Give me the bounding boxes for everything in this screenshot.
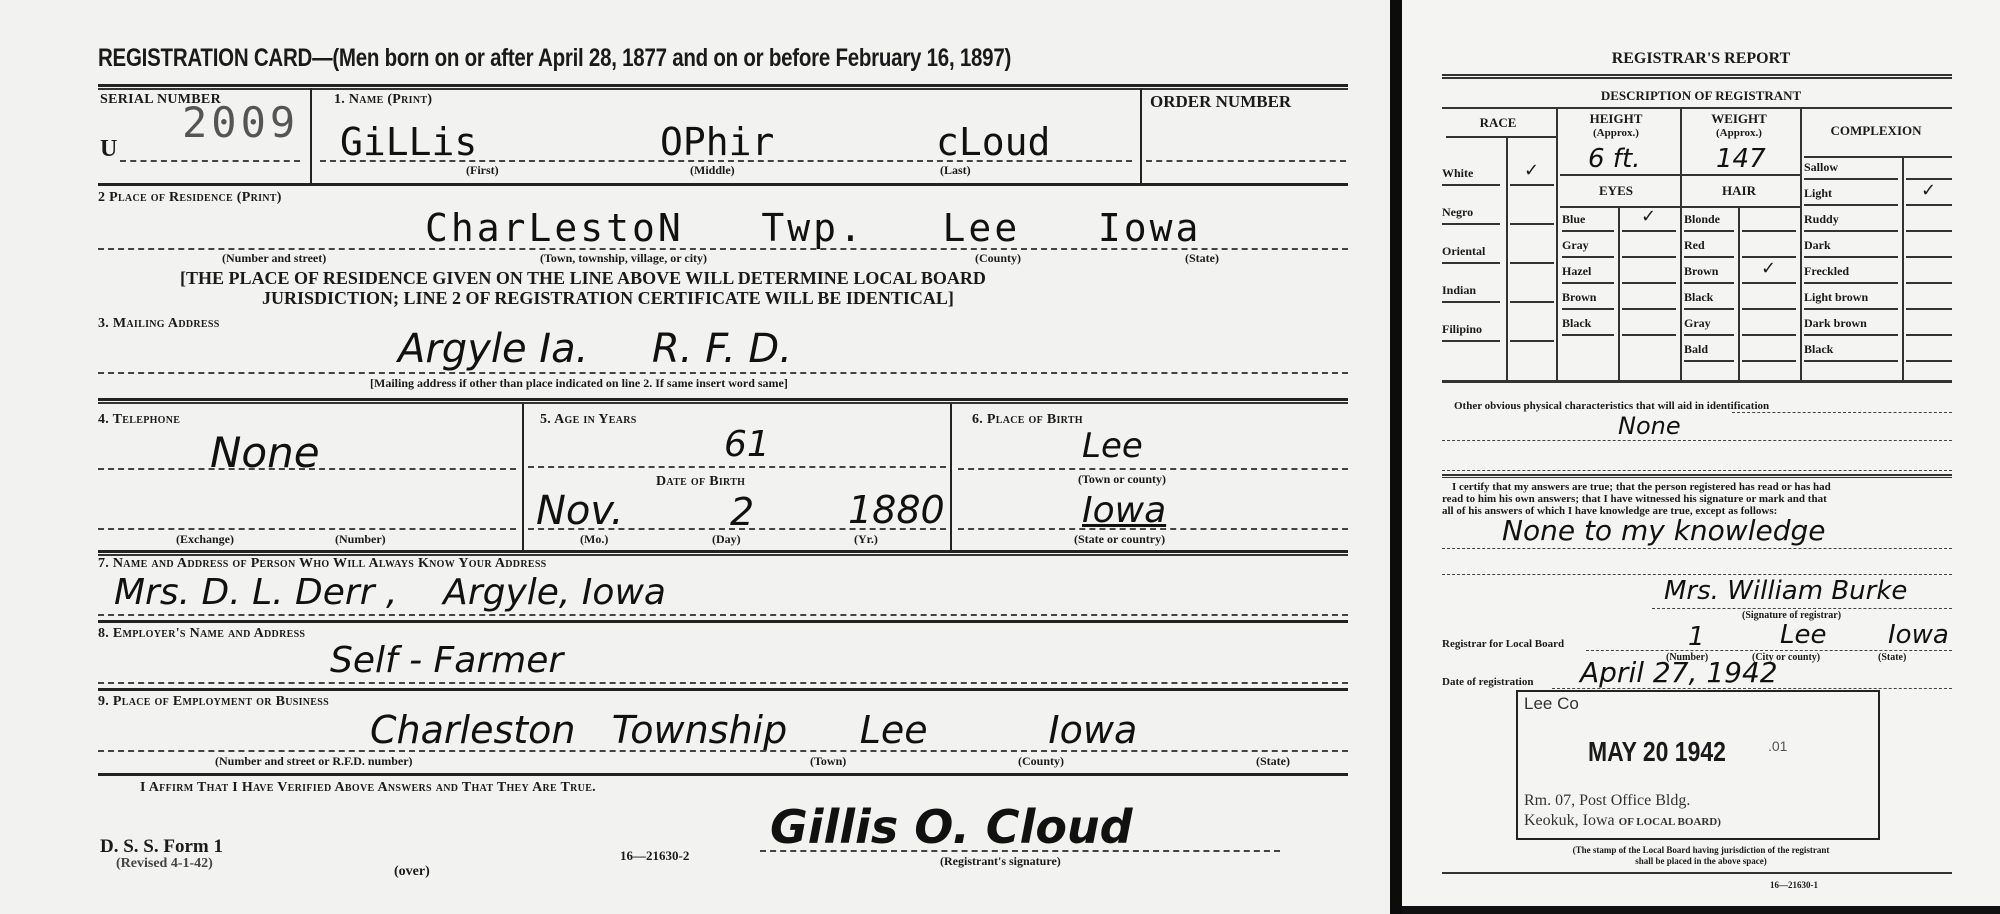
hair-header: HAIR xyxy=(1680,184,1798,198)
rule xyxy=(1804,156,1952,158)
certify-line-1: I certify that my answers are true; that… xyxy=(1452,481,1831,493)
stamp-note-1: (The stamp of the Local Board having jur… xyxy=(1402,845,2000,855)
name-line xyxy=(320,160,1132,162)
age-value: 61 xyxy=(724,424,770,465)
card-divider xyxy=(1390,0,1402,914)
rule xyxy=(1442,223,1500,225)
rule xyxy=(1510,184,1554,186)
residence-sublabel-state: (State) xyxy=(1185,251,1219,266)
birthplace-town: Lee xyxy=(1082,426,1143,466)
age-line xyxy=(528,466,946,468)
employment-sublabel-county: (County) xyxy=(1018,754,1064,769)
complexion-option-label: Dark xyxy=(1804,238,1831,253)
birthplace-label: 6. Place of Birth xyxy=(972,412,1083,428)
hair-option-label: Brown xyxy=(1684,264,1718,279)
employer-label: 8. Employer's Name and Address xyxy=(98,626,305,642)
complexion-option-label: Dark brown xyxy=(1804,316,1867,331)
rule xyxy=(1684,334,1734,336)
rule xyxy=(1622,230,1676,232)
rule xyxy=(1442,474,1952,478)
rule xyxy=(1804,282,1898,284)
divider xyxy=(1556,108,1558,380)
rule xyxy=(1684,282,1734,284)
divider xyxy=(1680,108,1682,380)
age-label: 5. Age in Years xyxy=(540,412,637,428)
over-note: (over) xyxy=(394,864,430,880)
rule xyxy=(1906,360,1952,362)
exchange-label: (Exchange) xyxy=(176,532,234,547)
eyes-option-label: Hazel xyxy=(1562,264,1591,279)
rule xyxy=(1622,256,1676,258)
form-revision: (Revised 4-1-42) xyxy=(116,856,213,872)
rule xyxy=(1446,136,1556,138)
hair-option-label: Red xyxy=(1684,238,1705,253)
registrant-signature: Gillis O. Cloud xyxy=(770,800,1133,854)
complexion-option-label: Light brown xyxy=(1804,290,1868,305)
affirmation: I Affirm That I Have Verified Above Answ… xyxy=(140,780,596,796)
eyes-option-label: Brown xyxy=(1562,290,1596,305)
mailing-label: 3. Mailing Address xyxy=(98,316,220,332)
rule xyxy=(98,183,1348,186)
complexion-option-label: Freckled xyxy=(1804,264,1849,279)
employment-line xyxy=(98,750,1348,752)
report-subtitle: DESCRIPTION OF REGISTRANT xyxy=(1402,88,2000,104)
height-header: HEIGHT (Approx.) xyxy=(1556,112,1676,140)
rule xyxy=(98,773,1348,776)
employment-sublabel-street: (Number and street or R.F.D. number) xyxy=(215,754,413,769)
number-label: (Number) xyxy=(335,532,386,547)
other-line-3 xyxy=(1442,470,1952,471)
divider xyxy=(1506,138,1508,380)
rule xyxy=(1442,184,1500,186)
divider xyxy=(1738,208,1740,380)
card-title: REGISTRATION CARD—(Men born on or after … xyxy=(98,44,1011,73)
birthplace-state-label: (State or country) xyxy=(1074,532,1165,547)
registrar-report-card: REGISTRAR'S REPORT DESCRIPTION OF REGIST… xyxy=(1402,0,2000,906)
rule xyxy=(1562,282,1614,284)
stamp-mark: .01 xyxy=(1768,738,1787,754)
residence-sublabel-county: (County) xyxy=(975,251,1021,266)
birthplace-state: Iowa xyxy=(1082,490,1166,531)
weight-value: 147 xyxy=(1716,144,1766,174)
dob-year: 1880 xyxy=(848,488,945,532)
rule xyxy=(1442,262,1500,264)
rule xyxy=(1742,282,1796,284)
divider xyxy=(1618,208,1620,380)
race-option-label: Negro xyxy=(1442,205,1473,220)
residence-line xyxy=(98,248,1348,250)
form-id: D. S. S. Form 1 xyxy=(100,836,223,858)
first-label: (First) xyxy=(466,163,499,178)
race-option-label: White xyxy=(1442,166,1473,181)
rule xyxy=(1804,178,1898,180)
hair-option-label: Gray xyxy=(1684,316,1711,331)
mailing-line xyxy=(98,372,1348,374)
order-line xyxy=(1146,160,1346,162)
complexion-option-label: Ruddy xyxy=(1804,212,1839,227)
registrar-signature-line xyxy=(1652,608,1952,609)
rule xyxy=(1510,301,1554,303)
rule xyxy=(1906,204,1952,206)
divider xyxy=(950,404,952,552)
registrar-signature: Mrs. William Burke xyxy=(1664,576,1907,606)
rule xyxy=(1906,256,1952,258)
residence-notice-1: [THE PLACE OF RESIDENCE GIVEN ON THE LIN… xyxy=(180,268,986,289)
signature-line xyxy=(760,850,1280,852)
exceptions-value: None to my knowledge xyxy=(1502,514,1825,547)
serial-prefix: U xyxy=(100,136,117,163)
residence-label: 2 Place of Residence (Print) xyxy=(98,190,282,206)
divider xyxy=(1800,108,1802,380)
weight-label: WEIGHT xyxy=(1680,112,1798,126)
race-option-label: Indian xyxy=(1442,283,1476,298)
rule xyxy=(1906,230,1952,232)
rule xyxy=(1742,334,1796,336)
local-board-line xyxy=(1586,650,1952,651)
year-label: (Yr.) xyxy=(854,532,878,547)
hair-checkbox: ✓ xyxy=(1761,258,1776,279)
rule xyxy=(1742,230,1796,232)
complexion-checkbox: ✓ xyxy=(1921,180,1936,201)
race-checkbox: ✓ xyxy=(1524,160,1539,181)
residence-sublabel-street: (Number and street) xyxy=(222,251,326,266)
rule xyxy=(1510,262,1554,264)
stamp-note-2: shall be placed in the above space) xyxy=(1402,856,2000,866)
rule xyxy=(1510,340,1554,342)
exceptions-line-2 xyxy=(1442,574,1952,575)
rule xyxy=(1684,230,1734,232)
rule xyxy=(1906,308,1952,310)
mailing-sublabel: [Mailing address if other than place ind… xyxy=(370,376,788,391)
eyes-header: EYES xyxy=(1556,184,1676,198)
certify-line-2: read to him his own answers; that I have… xyxy=(1442,493,1827,505)
contact-label: 7. Name and Address of Person Who Will A… xyxy=(98,556,547,572)
rule xyxy=(1442,74,1952,79)
local-board-sublabel-state: (State) xyxy=(1878,652,1906,663)
last-name: cLoud xyxy=(936,120,1050,164)
race-option-label: Filipino xyxy=(1442,322,1482,337)
stamp-suffix: OF LOCAL BOARD) xyxy=(1619,816,1721,828)
registration-date-value: April 27, 1942 xyxy=(1580,656,1778,689)
dob-label: Date of Birth xyxy=(656,474,745,490)
rule xyxy=(1442,872,1952,874)
hair-option-label: Bald xyxy=(1684,342,1708,357)
card-edge xyxy=(1402,906,2000,914)
rule xyxy=(1562,256,1614,258)
telephone-label: 4. Telephone xyxy=(98,412,180,428)
stamp-address-2: Keokuk, Iowa OF LOCAL BOARD) xyxy=(1524,812,1721,830)
hair-option-label: Black xyxy=(1684,290,1713,305)
rule xyxy=(1804,308,1898,310)
local-board-number: 1 xyxy=(1688,622,1705,652)
stamp-date: MAY 20 1942 xyxy=(1588,736,1726,768)
divider xyxy=(1902,158,1904,380)
rule xyxy=(1442,301,1500,303)
rule xyxy=(1804,360,1898,362)
rule xyxy=(1622,308,1676,310)
rule xyxy=(1442,340,1500,342)
report-title: REGISTRAR'S REPORT xyxy=(1402,50,2000,68)
eyes-option-label: Blue xyxy=(1562,212,1585,227)
race-option-label: Oriental xyxy=(1442,244,1485,259)
rule xyxy=(1510,223,1554,225)
telephone-line xyxy=(98,468,516,470)
race-header: RACE xyxy=(1442,116,1554,130)
birthplace-line xyxy=(958,468,1348,470)
employment-sublabel-state: (State) xyxy=(1256,754,1290,769)
height-value: 6 ft. xyxy=(1588,144,1640,174)
rule xyxy=(1804,256,1898,258)
weight-sublabel: (Approx.) xyxy=(1680,126,1798,140)
residence-sublabel-town: (Town, township, village, or city) xyxy=(540,251,707,266)
weight-header: WEIGHT (Approx.) xyxy=(1680,112,1798,140)
stamp-address-1: Rm. 07, Post Office Bldg. xyxy=(1524,792,1690,810)
rule xyxy=(1742,308,1796,310)
rule xyxy=(1562,334,1614,336)
complexion-option-label: Sallow xyxy=(1804,160,1838,175)
employment-place-label: 9. Place of Employment or Business xyxy=(98,694,329,710)
day-label: (Day) xyxy=(712,532,741,547)
residence-notice-2: JURISDICTION; LINE 2 OF REGISTRATION CER… xyxy=(262,288,954,309)
complexion-option-label: Black xyxy=(1804,342,1833,357)
name-label: 1. Name (Print) xyxy=(334,92,432,108)
contact-line xyxy=(98,614,1348,616)
middle-label: (Middle) xyxy=(690,163,735,178)
rule xyxy=(1742,360,1796,362)
middle-name: OPhir xyxy=(660,120,774,164)
rule xyxy=(1562,230,1614,232)
rule xyxy=(1562,308,1614,310)
other-line-2 xyxy=(1442,440,1952,441)
order-number-label: ORDER NUMBER xyxy=(1150,92,1291,112)
rule xyxy=(98,620,1348,623)
serial-line xyxy=(120,160,300,162)
last-label: (Last) xyxy=(940,163,971,178)
hair-option-label: Blonde xyxy=(1684,212,1720,227)
rule xyxy=(1684,360,1734,362)
rule xyxy=(1804,230,1898,232)
stamp-city: Keokuk, Iowa xyxy=(1524,812,1615,829)
telephone-line-2 xyxy=(98,528,516,530)
rule xyxy=(1684,256,1734,258)
rule xyxy=(1442,107,1952,109)
rule xyxy=(98,688,1348,691)
eyes-option-label: Gray xyxy=(1562,238,1589,253)
other-characteristics-label: Other obvious physical characteristics t… xyxy=(1454,400,1769,412)
rule xyxy=(1906,282,1952,284)
signature-label: (Registrant's signature) xyxy=(940,854,1061,869)
rule xyxy=(1622,334,1676,336)
mailing-value: Argyle Ia. R. F. D. xyxy=(398,326,792,372)
back-print-code: 16—21630-1 xyxy=(1770,880,1818,890)
serial-number-value: 2009 xyxy=(182,98,299,147)
first-name: GiLLis xyxy=(340,120,477,164)
height-sublabel: (Approx.) xyxy=(1556,126,1676,140)
rule xyxy=(1622,282,1676,284)
contact-value: Mrs. D. L. Derr , Argyle, Iowa xyxy=(114,572,666,613)
employment-sublabel-town: (Town) xyxy=(810,754,846,769)
complexion-option-label: Light xyxy=(1804,186,1832,201)
eyes-checkbox: ✓ xyxy=(1641,206,1656,227)
employment-place-value: Charleston Township Lee Iowa xyxy=(370,708,1137,752)
complexion-header: COMPLEXION xyxy=(1800,124,1952,138)
dob-line xyxy=(528,528,946,530)
registration-date-line xyxy=(1552,688,1952,689)
local-board-city: Lee xyxy=(1780,620,1826,650)
birthplace-line-2 xyxy=(958,528,1348,530)
stamp-county: Lee Co xyxy=(1524,694,1579,714)
month-label: (Mo.) xyxy=(580,532,608,547)
employer-line xyxy=(98,682,1348,684)
registration-card-front: REGISTRATION CARD—(Men born on or after … xyxy=(0,0,1390,914)
other-line-1 xyxy=(1732,412,1952,413)
birthplace-town-label: (Town or county) xyxy=(1078,472,1166,487)
rule xyxy=(1684,308,1734,310)
rule xyxy=(1804,334,1898,336)
rule xyxy=(1906,334,1952,336)
divider xyxy=(310,88,312,183)
other-characteristics-value: None xyxy=(1618,412,1681,440)
residence-value: CharLestoN Twp. Lee Iowa xyxy=(425,206,1201,250)
local-board-state: Iowa xyxy=(1888,620,1949,650)
local-board-stamp: Lee Co MAY 20 1942 .01 Rm. 07, Post Offi… xyxy=(1516,690,1880,840)
divider xyxy=(522,404,524,552)
rule xyxy=(1804,204,1898,206)
rule xyxy=(98,398,1348,404)
print-code: 16—21630-2 xyxy=(620,848,689,864)
rule xyxy=(98,84,1348,90)
eyes-option-label: Black xyxy=(1562,316,1591,331)
local-board-label: Registrar for Local Board xyxy=(1442,638,1564,650)
height-label: HEIGHT xyxy=(1556,112,1676,126)
divider xyxy=(1140,88,1142,183)
rule xyxy=(1442,380,1952,383)
exceptions-line xyxy=(1442,548,1952,549)
registration-date-label: Date of registration xyxy=(1442,676,1533,688)
employer-value: Self - Farmer xyxy=(330,640,563,681)
